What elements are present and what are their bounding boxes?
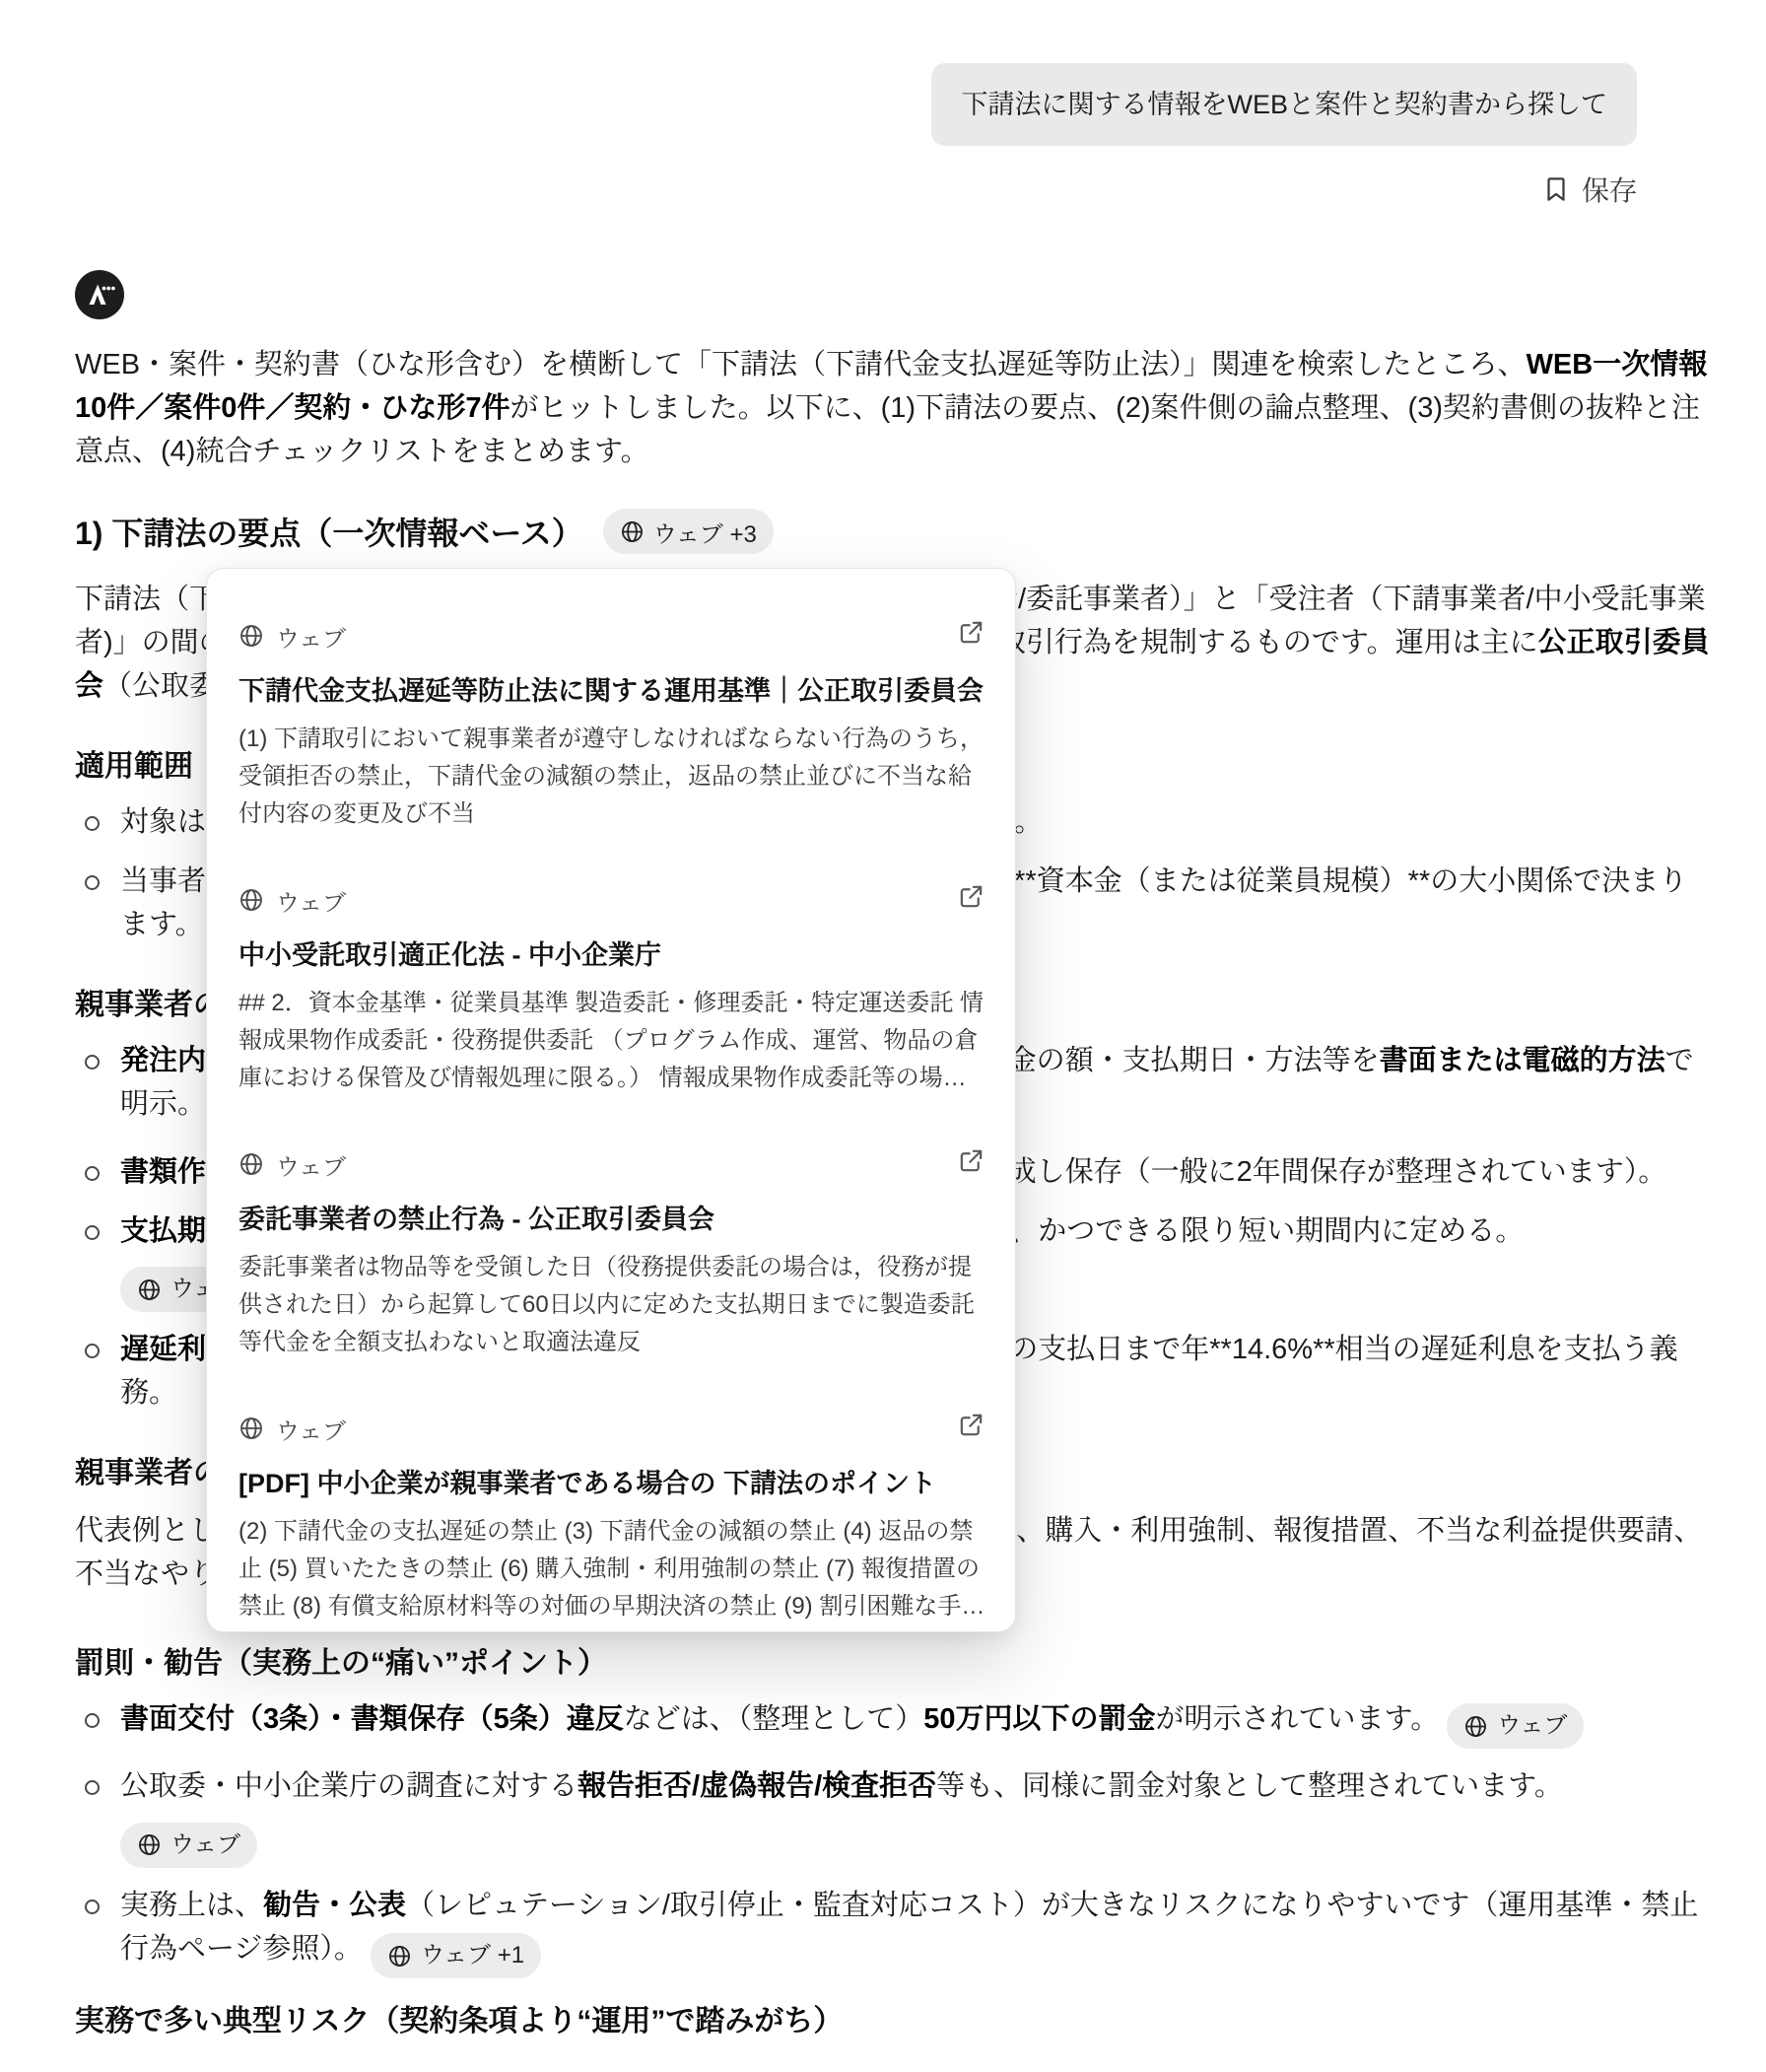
globe-icon [238, 1151, 264, 1177]
web-source-badge[interactable]: ウェブ [120, 1823, 257, 1868]
globe-icon [238, 1416, 264, 1441]
source-snippet: (2) 下請代金の支払遅延の禁止 (3) 下請代金の減額の禁止 (4) 返品の禁… [238, 1513, 985, 1625]
web-source-badge[interactable]: ウェブ [1447, 1703, 1584, 1749]
source-snippet: (1) 下請取引において親事業者が遵守しなければならない行為のうち，受領拒否の禁… [238, 721, 985, 833]
globe-icon [238, 623, 264, 649]
external-link-icon[interactable] [957, 1411, 985, 1446]
source-type-label: ウェブ [276, 619, 346, 654]
penalties-list: 書面交付（3条）・書類保存（5条）違反などは、（整理として）50万円以下の罰金が… [75, 1697, 1710, 1979]
external-link-icon[interactable] [957, 882, 985, 918]
subsection-heading-risks: 実務で多い典型リスク（契約条項より“運用”で踏みがち） [75, 1996, 1710, 2039]
source-entry[interactable]: ウェブ 下請代金支払遅延等防止法に関する運用基準｜公正取引委員会 (1) 下請取… [238, 618, 985, 833]
external-link-icon[interactable] [957, 618, 985, 654]
assistant-avatar [75, 270, 124, 319]
user-message-row: 下請法に関する情報をWEBと案件と契約書から探して [75, 0, 1637, 146]
source-entry[interactable]: ウェブ 中小受託取引適正化法 - 中小企業庁 ## 2．資本金基準・従業員基準 … [238, 882, 985, 1097]
source-type-label: ウェブ [276, 1412, 346, 1446]
save-button-label: 保存 [1582, 170, 1637, 209]
source-snippet: 委託事業者は物品等を受領した日（役務提供委託の場合は，役務が提供された日）から起… [238, 1249, 985, 1361]
globe-icon [137, 1832, 162, 1857]
source-type-label: ウェブ [276, 1147, 346, 1182]
globe-icon [137, 1278, 162, 1302]
globe-icon [387, 1944, 412, 1968]
subsection-heading-penalties: 罰則・勧告（実務上の“痛い”ポイント） [75, 1638, 1710, 1682]
source-type-label: ウェブ [276, 883, 346, 918]
web-sources-badge[interactable]: ウェブ +3 [603, 509, 774, 554]
source-entry[interactable]: ウェブ [PDF] 中小企業が親事業者である場合の 下請法のポイント (2) 下… [238, 1411, 985, 1625]
list-item: 公取委・中小企業庁の調査に対する報告拒否/虚偽報告/検査拒否等も、同様に罰金対象… [75, 1764, 1710, 1868]
source-title[interactable]: 下請代金支払遅延等防止法に関する運用基準｜公正取引委員会 [238, 673, 985, 709]
save-button[interactable]: 保存 [75, 170, 1637, 209]
web-sources-badge-label: ウェブ +3 [653, 515, 757, 549]
user-message-bubble: 下請法に関する情報をWEBと案件と契約書から探して [931, 63, 1637, 146]
list-item: 実務上は、勧告・公表（レピュテーション/取引停止・監査対応コスト）が大きなリスク… [75, 1884, 1710, 1979]
source-title[interactable]: [PDF] 中小企業が親事業者である場合の 下請法のポイント [238, 1466, 985, 1501]
external-link-icon[interactable] [957, 1146, 985, 1182]
source-entry[interactable]: ウェブ 委託事業者の禁止行為 - 公正取引委員会 委託事業者は物品等を受領した日… [238, 1146, 985, 1361]
globe-icon [238, 887, 264, 913]
source-snippet: ## 2．資本金基準・従業員基準 製造委託・修理委託・特定運送委託 情報成果物作… [238, 985, 985, 1097]
globe-icon [620, 519, 645, 544]
source-title[interactable]: 中小受託取引適正化法 - 中小企業庁 [238, 937, 985, 973]
assistant-intro-text: WEB・案件・契約書（ひな形含む）を横断して「下請法（下請代金支払遅延等防止法）… [75, 343, 1710, 473]
web-source-popup: ウェブ 下請代金支払遅延等防止法に関する運用基準｜公正取引委員会 (1) 下請取… [206, 568, 1016, 1632]
bookmark-icon [1541, 174, 1571, 204]
chat-page: 下請法に関する情報をWEBと案件と契約書から探して 保存 WEB・案件・契約書（… [0, 0, 1766, 2072]
section-heading: 1) 下請法の要点（一次情報ベース） [75, 509, 583, 554]
source-title[interactable]: 委託事業者の禁止行為 - 公正取引委員会 [238, 1202, 985, 1237]
web-source-badge[interactable]: ウェブ +1 [371, 1933, 541, 1978]
avatar-logo-icon [80, 275, 119, 314]
list-item: 書面交付（3条）・書類保存（5条）違反などは、（整理として）50万円以下の罰金が… [75, 1697, 1710, 1750]
globe-icon [1463, 1714, 1488, 1739]
